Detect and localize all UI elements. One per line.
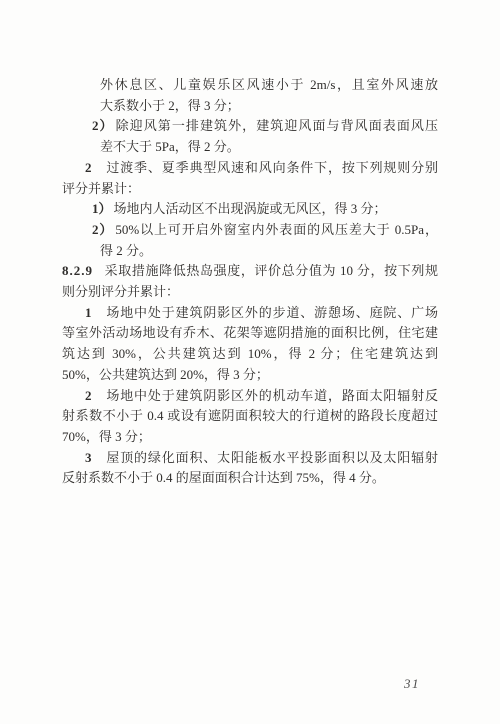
text-line: 2过渡季、夏季典型风速和风向条件下，按下列规则分别 [62,158,438,179]
text-line: 3屋顶的绿化面积、太阳能板水平投影面积以及太阳辐射 [62,448,438,469]
line-text: 得 2 分。 [100,243,152,258]
item-number: 2 [85,160,92,175]
line-text: 屋顶的绿化面积、太阳能板水平投影面积以及太阳辐射 [106,450,439,465]
item-number: 1） [92,201,112,216]
text-line: 大系数小于 2，得 3 分； [62,96,438,117]
line-text: 外休息区、儿童娱乐区风速小于 2m/s，且室外风速放 [100,77,438,92]
text-line: 得 2 分。 [62,241,438,262]
line-text: 采取措施降低热岛强度，评价总分值为 10 分，按下列规 [104,263,438,278]
item-number: 1 [85,305,92,320]
text-line: 射系数不小于 0.4 或设有遮阴面积较大的行道树的路段长度超过 [62,406,438,427]
text-line: 50%，公共建筑达到 20%，得 3 分； [62,365,438,386]
text-line: 2）50%以上可开启外窗室内外表面的风压差大于 0.5Pa， [62,220,438,241]
text-line: 2场地中处于建筑阴影区外的机动车道，路面太阳辐射反 [62,386,438,407]
text-line: 评分并累计： [62,179,438,200]
page-number: 31 [404,676,420,692]
document-page: 外休息区、儿童娱乐区风速小于 2m/s，且室外风速放大系数小于 2，得 3 分；… [0,0,500,724]
item-number: 2） [92,222,113,237]
text-line: 则分别评分并累计： [62,282,438,303]
text-line: 外休息区、儿童娱乐区风速小于 2m/s，且室外风速放 [62,75,438,96]
line-text: 射系数不小于 0.4 或设有遮阴面积较大的行道树的路段长度超过 [62,408,438,423]
text-line: 反射系数不小于 0.4 的屋面面积合计达到 75%，得 4 分。 [62,468,438,489]
line-text: 场地中处于建筑阴影区外的机动车道，路面太阳辐射反 [106,388,439,403]
text-line: 等室外活动场地设有乔木、花架等遮阴措施的面积比例，住宅建 [62,323,438,344]
line-text: 大系数小于 2，得 3 分； [100,98,240,113]
item-number: 2 [85,388,92,403]
line-text: 除迎风第一排建筑外，建筑迎风面与背风面表面风压 [116,118,438,133]
text-line: 70%，得 3 分； [62,427,438,448]
text-line: 筑达到 30%，公共建筑达到 10%，得 2 分；住宅建筑达到 [62,344,438,365]
text-line: 2）除迎风第一排建筑外，建筑迎风面与背风面表面风压 [62,116,438,137]
item-number: 8.2.9 [62,263,93,278]
line-text: 差不大于 5Pa，得 2 分。 [100,139,240,154]
line-text: 筑达到 30%，公共建筑达到 10%，得 2 分；住宅建筑达到 [62,346,438,361]
line-text: 反射系数不小于 0.4 的屋面面积合计达到 75%，得 4 分。 [62,470,385,485]
line-text: 场地中处于建筑阴影区外的步道、游憩场、庭院、广场 [106,305,439,320]
line-text: 等室外活动场地设有乔木、花架等遮阴措施的面积比例，住宅建 [62,325,438,340]
text-line: 1）场地内人活动区不出现涡旋或无风区，得 3 分； [62,199,438,220]
line-text: 70%，得 3 分； [62,429,151,444]
text-line: 差不大于 5Pa，得 2 分。 [62,137,438,158]
text-line: 8.2.9采取措施降低热岛强度，评价总分值为 10 分，按下列规 [62,261,438,282]
line-text: 50%，公共建筑达到 20%，得 3 分； [62,367,269,382]
item-number: 3 [85,450,92,465]
line-text: 过渡季、夏季典型风速和风向条件下，按下列规则分别 [106,160,439,175]
line-text: 50%以上可开启外窗室内外表面的风压差大于 0.5Pa， [115,222,438,237]
line-text: 评分并累计： [62,181,140,196]
text-line: 1场地中处于建筑阴影区外的步道、游憩场、庭院、广场 [62,303,438,324]
text-block: 外休息区、儿童娱乐区风速小于 2m/s，且室外风速放大系数小于 2，得 3 分；… [62,75,438,489]
line-text: 场地内人活动区不出现涡旋或无风区，得 3 分； [114,201,387,216]
item-number: 2） [92,118,114,133]
line-text: 则分别评分并累计： [62,284,179,299]
